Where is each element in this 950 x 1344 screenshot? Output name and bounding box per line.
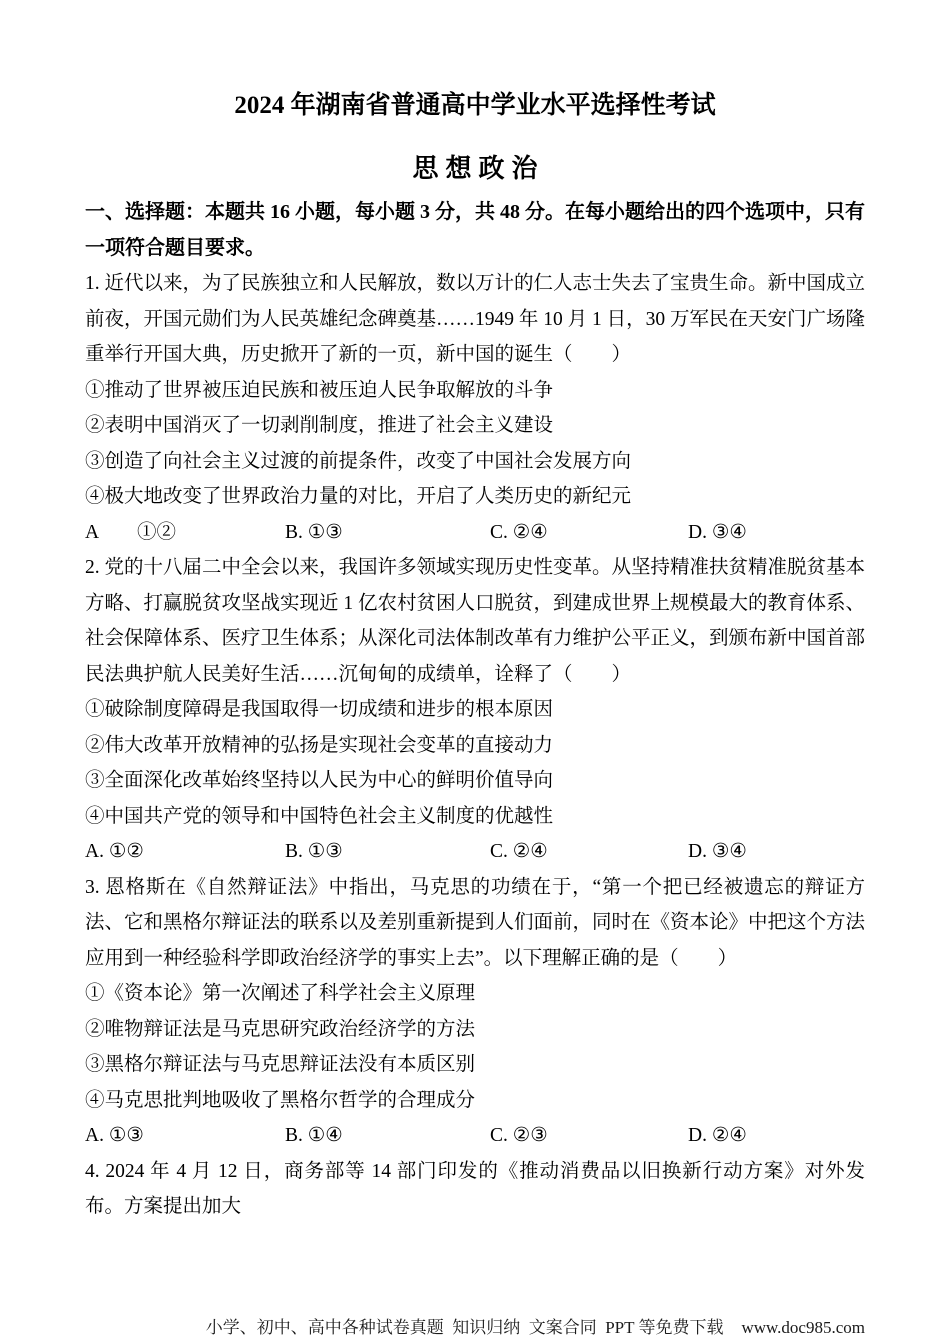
exam-page: 2024 年湖南省普通高中学业水平选择性考试 思想政治 一、选择题：本题共 16… — [0, 0, 950, 1344]
question-3-option-a: A. ①③ — [85, 1118, 285, 1154]
question-1-item-3: ③创造了向社会主义过渡的前提条件，改变了中国社会发展方向 — [85, 444, 865, 480]
question-1-item-2: ②表明中国消灭了一切剥削制度，推进了社会主义建设 — [85, 408, 865, 444]
question-1-option-a: A ①② — [85, 515, 285, 551]
question-3-item-1: ①《资本论》第一次阐述了科学社会主义原理 — [85, 976, 865, 1012]
question-3: 3. 恩格斯在《自然辩证法》中指出，马克思的功绩在于，“第一个把已经被遗忘的辩证… — [85, 870, 865, 1154]
exam-subtitle: 思想政治 — [0, 155, 950, 183]
question-3-option-c: C. ②③ — [490, 1118, 688, 1154]
question-2-option-a: A. ①② — [85, 834, 285, 870]
question-3-option-b: B. ①④ — [285, 1118, 490, 1154]
question-1-stem: 1. 近代以来，为了民族独立和人民解放，数以万计的仁人志士失去了宝贵生命。新中国… — [85, 266, 865, 373]
question-4: 4. 2024 年 4 月 12 日，商务部等 14 部门印发的《推动消费品以旧… — [85, 1154, 865, 1225]
footer-promo-text: 小学、初中、高中各种试卷真题 知识归纳 文案合同 PPT 等免费下载 — [206, 1317, 724, 1339]
question-2-options: A. ①② B. ①③ C. ②④ D. ③④ — [85, 834, 865, 870]
question-1-item-4: ④极大地改变了世界政治力量的对比，开启了人类历史的新纪元 — [85, 479, 865, 515]
question-2-option-d: D. ③④ — [688, 834, 865, 870]
question-1-option-d: D. ③④ — [688, 515, 865, 551]
question-1-option-b: B. ①③ — [285, 515, 490, 551]
question-2-option-b: B. ①③ — [285, 834, 490, 870]
question-2-item-1: ①破除制度障碍是我国取得一切成绩和进步的根本原因 — [85, 692, 865, 728]
question-3-item-3: ③黑格尔辩证法与马克思辩证法没有本质区别 — [85, 1047, 865, 1083]
question-2-item-4: ④中国共产党的领导和中国特色社会主义制度的优越性 — [85, 799, 865, 835]
question-2-item-3: ③全面深化改革始终坚持以人民为中心的鲜明价值导向 — [85, 763, 865, 799]
question-2-item-2: ②伟大改革开放精神的弘扬是实现社会变革的直接动力 — [85, 728, 865, 764]
question-2-option-c: C. ②④ — [490, 834, 688, 870]
section-instructions: 一、选择题：本题共 16 小题，每小题 3 分，共 48 分。在每小题给出的四个… — [85, 195, 865, 266]
exam-body: 一、选择题：本题共 16 小题，每小题 3 分，共 48 分。在每小题给出的四个… — [85, 195, 865, 1225]
question-3-item-2: ②唯物辩证法是马克思研究政治经济学的方法 — [85, 1012, 865, 1048]
question-3-stem: 3. 恩格斯在《自然辩证法》中指出，马克思的功绩在于，“第一个把已经被遗忘的辩证… — [85, 870, 865, 977]
question-3-options: A. ①③ B. ①④ C. ②③ D. ②④ — [85, 1118, 865, 1154]
question-3-option-d: D. ②④ — [688, 1118, 865, 1154]
footer-site-url: www.doc985.com — [741, 1317, 865, 1339]
question-2: 2. 党的十八届二中全会以来，我国许多领域实现历史性变革。从坚持精准扶贫精准脱贫… — [85, 550, 865, 870]
question-1-item-1: ①推动了世界被压迫民族和被压迫人民争取解放的斗争 — [85, 373, 865, 409]
page-footer: 小学、初中、高中各种试卷真题 知识归纳 文案合同 PPT 等免费下载 www.d… — [85, 1317, 865, 1339]
question-1-option-c: C. ②④ — [490, 515, 688, 551]
question-3-item-4: ④马克思批判地吸收了黑格尔哲学的合理成分 — [85, 1083, 865, 1119]
question-1: 1. 近代以来，为了民族独立和人民解放，数以万计的仁人志士失去了宝贵生命。新中国… — [85, 266, 865, 550]
question-4-stem: 4. 2024 年 4 月 12 日，商务部等 14 部门印发的《推动消费品以旧… — [85, 1154, 865, 1225]
exam-title: 2024 年湖南省普通高中学业水平选择性考试 — [0, 0, 950, 122]
question-2-stem: 2. 党的十八届二中全会以来，我国许多领域实现历史性变革。从坚持精准扶贫精准脱贫… — [85, 550, 865, 692]
question-1-options: A ①② B. ①③ C. ②④ D. ③④ — [85, 515, 865, 551]
